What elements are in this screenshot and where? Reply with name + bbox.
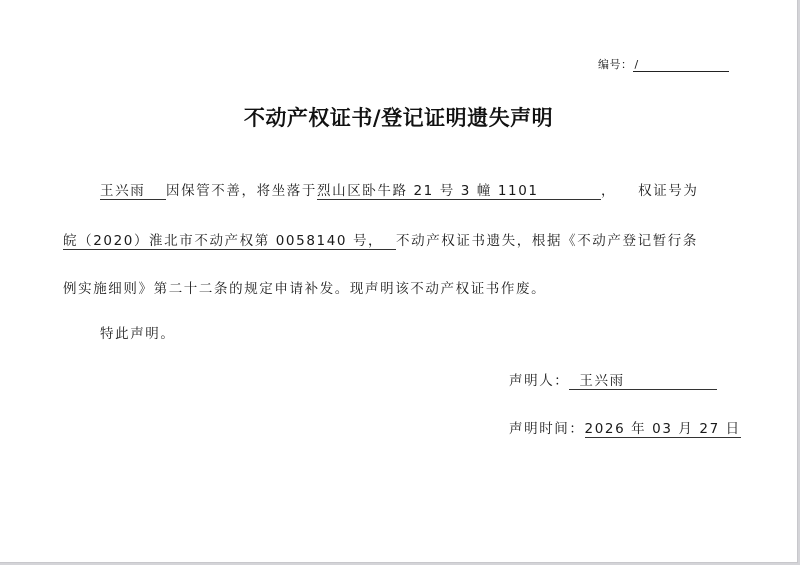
- document-title: 不动产权证书/登记证明遗失声明: [0, 102, 797, 132]
- owner-name-field: 王兴雨: [100, 183, 166, 200]
- date-field: 2026 年 03 月 27 日: [585, 421, 741, 438]
- declarant-field: 王兴雨: [569, 373, 717, 390]
- serial-label: 编号：: [598, 58, 633, 71]
- declaration-date: 声明时间：2026 年 03 月 27 日: [509, 420, 741, 438]
- body-text: 例实施细则》第二十二条的规定申请补发。现声明该不动产权证书作废。: [63, 281, 546, 297]
- date-label: 声明时间：: [509, 421, 585, 437]
- serial-value: /: [633, 59, 729, 72]
- cert-number-field: 皖（2020）淮北市不动产权第 0058140 号，: [63, 233, 396, 250]
- body-line-2: 皖（2020）淮北市不动产权第 0058140 号，不动产权证书遗失，根据《不动…: [63, 232, 698, 250]
- address-field: 烈山区卧牛路 21 号 3 幢 1101: [317, 183, 601, 200]
- body-text: ，: [601, 183, 616, 199]
- body-text: 权证号为: [638, 183, 698, 199]
- body-line-3: 例实施细则》第二十二条的规定申请补发。现声明该不动产权证书作废。: [63, 280, 546, 298]
- closing-statement: 特此声明。: [100, 325, 176, 343]
- body-line-1: 王兴雨因保管不善，将坐落于烈山区卧牛路 21 号 3 幢 1101，权证号为: [100, 182, 699, 200]
- serial-number: 编号：/: [598, 56, 729, 72]
- body-text: 不动产权证书遗失，根据《不动产登记暂行条: [396, 233, 698, 249]
- declarant: 声明人：王兴雨: [509, 372, 717, 390]
- document-page: 编号：/ 不动产权证书/登记证明遗失声明 王兴雨因保管不善，将坐落于烈山区卧牛路…: [0, 0, 798, 563]
- declarant-label: 声明人：: [509, 373, 569, 389]
- body-text: 因保管不善，将坐落于: [166, 183, 317, 199]
